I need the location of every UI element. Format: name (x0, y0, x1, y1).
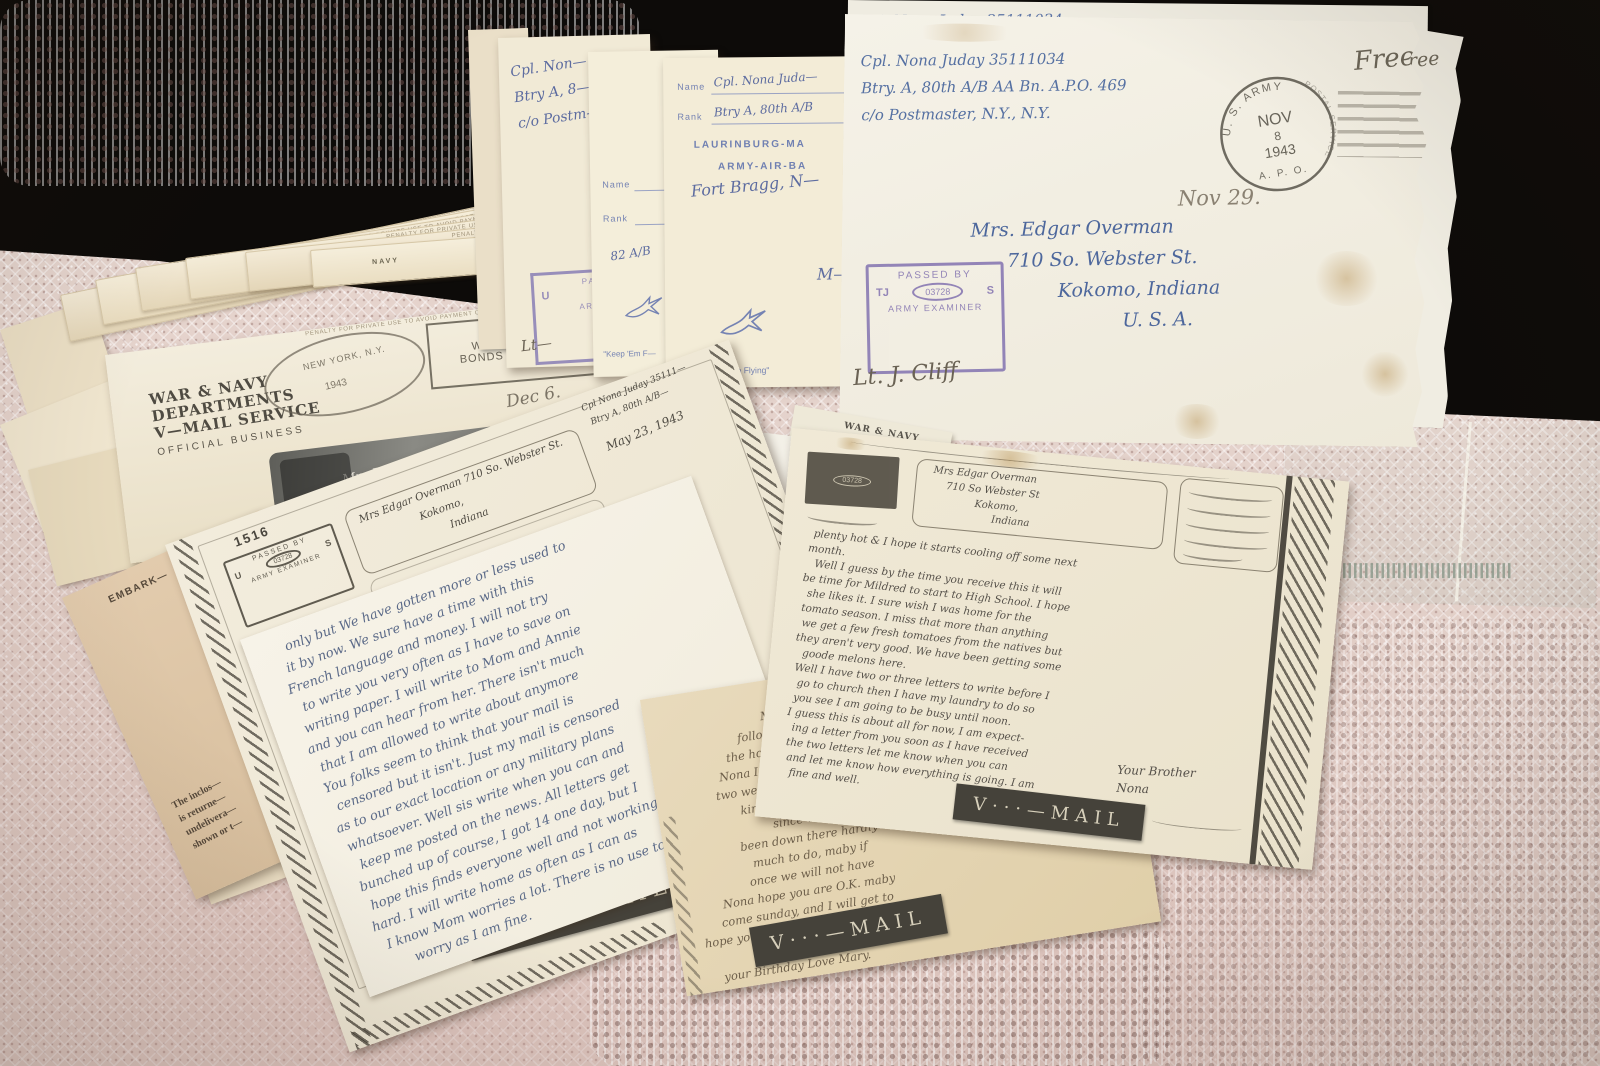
svg-text:1943: 1943 (1263, 140, 1297, 161)
cancellation-bars (1337, 91, 1428, 158)
name-rule (711, 92, 861, 94)
free-frank: Free (1353, 42, 1417, 77)
stain (1169, 404, 1224, 440)
stain (1360, 351, 1411, 397)
rank-label: Rank (603, 213, 628, 223)
pencil-received-date: Nov 29. (1178, 185, 1261, 211)
base-name-print: LAURINBURG-MA (694, 139, 806, 151)
name-label: Name (677, 82, 705, 92)
photo-scene: PENALTY FOR PRIVATE USE TO AVOID PAYMENT… (0, 0, 1600, 1066)
city-handwriting: Fort Bragg, N— (690, 169, 820, 200)
footer-print-squiggle (1152, 816, 1242, 833)
stamp-letters: TJ (876, 287, 889, 299)
svg-text:NOV: NOV (1257, 109, 1294, 131)
stain (905, 23, 1025, 43)
stamp-number: 03728 (912, 282, 963, 301)
to-line: Kokomo, (974, 499, 1019, 514)
from-squiggle (1188, 487, 1272, 504)
censor-stamp: PASSED BY TJ 03728 S ARMY EXAMINER (866, 261, 1006, 374)
stain (1311, 251, 1382, 307)
stamp-letter: S (987, 285, 995, 297)
from-squiggle (1187, 503, 1271, 520)
censor-stamp-dark: 03728 (805, 452, 900, 510)
from-address-box (1173, 478, 1285, 574)
signature-squiggle (807, 512, 878, 528)
from-squiggle (1185, 519, 1269, 536)
keep-em-flying-partial: "Keep 'Em F— (603, 349, 656, 359)
slip-paragraph: The inclos—is returne—undelivera—shown o… (169, 775, 246, 854)
stamp-number: 03728 (833, 474, 871, 487)
stamp-letter: S (323, 537, 332, 548)
main-envelope: Cpl. Nona Juday 35111034Btry. A, 80th A/… (839, 14, 1433, 447)
svg-text:A. P. O.: A. P. O. (1258, 164, 1309, 183)
delivery-address: Mrs. Edgar Overman710 So. Webster St.Kok… (970, 211, 1221, 340)
name-label: Name (602, 179, 630, 189)
letter-body: plenty hot & I hope it starts cooling of… (780, 526, 1078, 810)
stamp-letter: U (233, 570, 243, 582)
stamp-army-examiner: ARMY EXAMINER (869, 301, 1001, 314)
navy-print: NAVY (372, 257, 399, 266)
to-line: Indiana (991, 515, 1030, 530)
slip-heading: EMBARK— (107, 569, 170, 605)
name-handwriting: Cpl. Nona Juda— (713, 69, 818, 89)
stamp-letter: U (541, 290, 550, 302)
from-squiggle (1182, 549, 1243, 564)
postmark-year: 1943 (324, 377, 348, 393)
stain (830, 436, 871, 452)
rank-label: Rank (677, 112, 702, 122)
rank-rule (712, 122, 862, 124)
letter-closing: Your BrotherNona (1116, 761, 1196, 800)
unit-handwriting: 82 A/B (609, 243, 651, 263)
airplane-sketch-icon (619, 288, 671, 329)
svg-text:8: 8 (1273, 129, 1282, 144)
postmark-city: NEW YORK, N.Y. (270, 336, 418, 379)
airplane-sketch-icon (714, 299, 777, 348)
from-squiggle (1184, 535, 1268, 552)
vmail-letter-right: 03728 Mrs Edgar Overman 710 So Webster S… (755, 428, 1350, 870)
return-address: Cpl. Nona Juday 35111034Btry. A, 80th A/… (861, 45, 1127, 129)
rank-handwriting: Btry A, 80th A/B (713, 99, 813, 119)
